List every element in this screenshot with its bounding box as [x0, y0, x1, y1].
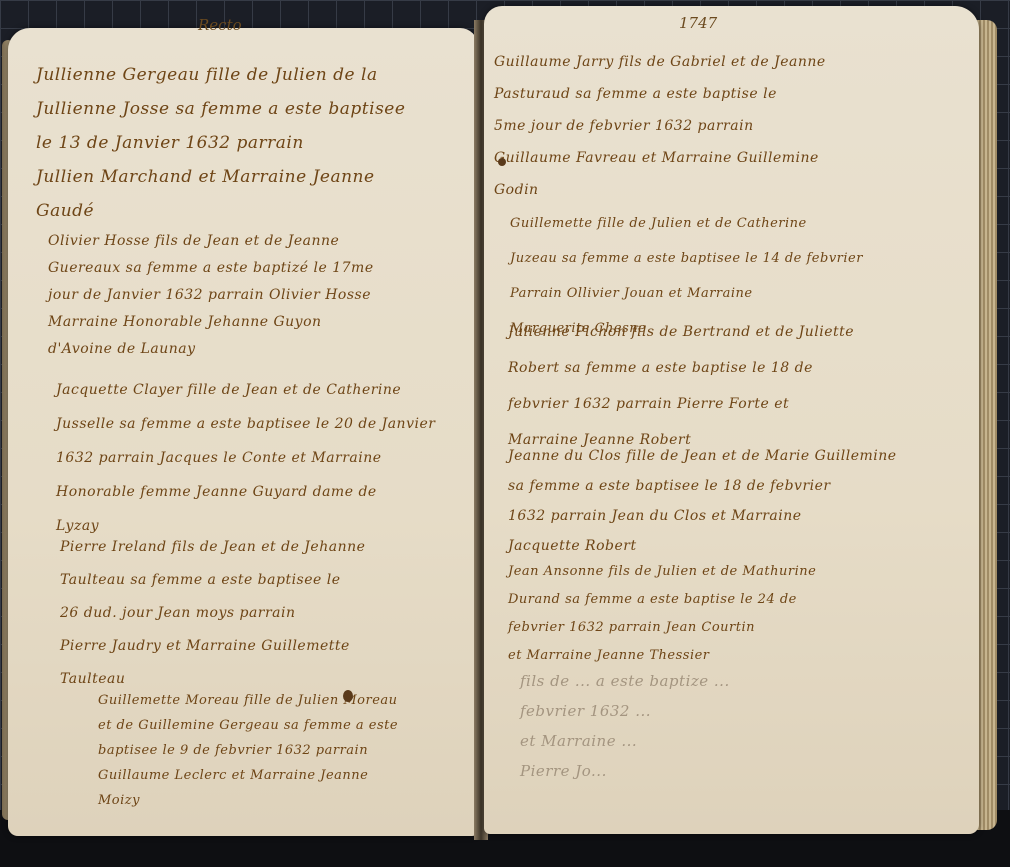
baptism-entry: Julienne Pichon fils de Bertrand et de J… — [508, 314, 963, 458]
left-page: Recto Jullienne Gergeau fille de Julien … — [8, 28, 478, 836]
baptism-entry: Jacquette Clayer fille de Jean et de Cat… — [56, 373, 476, 543]
baptism-entry: Pierre Ireland fils de Jean et de Jehann… — [60, 531, 478, 696]
baptism-entry: Olivier Hosse fils de Jean et de Jeanne … — [48, 228, 478, 363]
baptism-entry: Guillaume Jarry fils de Gabriel et de Je… — [494, 46, 964, 206]
baptism-entry: Jeanne du Clos fille de Jean et de Marie… — [508, 441, 963, 561]
ink-blot — [498, 158, 506, 166]
baptism-entry: Jullienne Gergeau fille de Julien de la … — [36, 58, 476, 228]
folio-mark-left: Recto — [198, 16, 242, 34]
ink-blot — [343, 690, 353, 702]
baptism-entry: Guillemette Moreau fille de Julien Morea… — [98, 688, 478, 813]
right-page: 1747 Guillaume Jarry fils de Gabriel et … — [484, 6, 979, 834]
baptism-entry: Jean Ansonne fils de Julien et de Mathur… — [508, 558, 963, 670]
folio-mark-right: 1747 — [679, 14, 717, 32]
faint-crossed-entry: fils de ... a este baptize ... febvrier … — [520, 666, 960, 786]
